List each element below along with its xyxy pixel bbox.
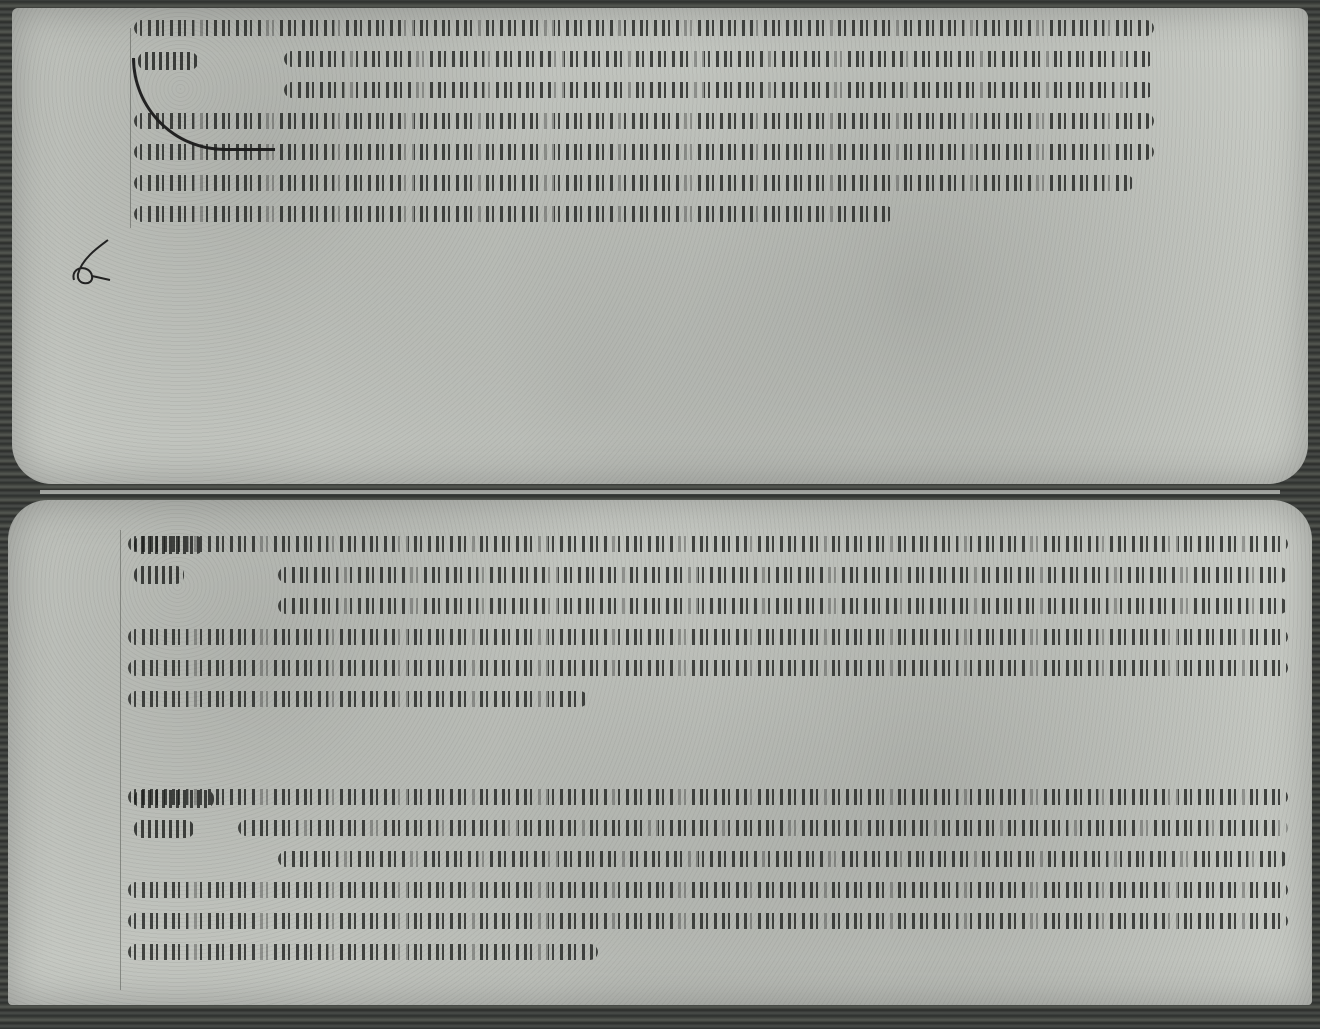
text-line: [Burmese handwritten line 1] <box>134 16 1154 40</box>
margin-rule <box>120 530 121 990</box>
top-leaf-text-block: [Burmese handwritten line 1] [Burmese ha… <box>134 16 1154 233</box>
text-line: [Burmese handwritten line 1] <box>128 785 1288 809</box>
marginal-word: [Burmese word] <box>134 790 214 808</box>
bottom-leaf-section-2: [Burmese handwritten line 1] [Burmese ha… <box>128 785 1288 971</box>
text-line: [Burmese handwritten line 4] <box>128 878 1288 902</box>
text-line: [Burmese handwritten line 5] <box>134 140 1154 164</box>
marginal-word: [Burmese word] <box>134 566 184 584</box>
text-line: [Burmese handwritten line 1] <box>128 532 1288 556</box>
marginal-word: [Burmese word] <box>134 536 204 554</box>
text-line: [Burmese handwritten line 2] <box>238 816 1288 840</box>
text-line: [Burmese handwritten line 6] <box>134 171 1134 195</box>
bottom-leaf-section-1: [Burmese handwritten line 1] [Burmese ha… <box>128 532 1288 718</box>
text-line: [Burmese handwritten line 3] <box>284 78 1154 102</box>
text-line: [Burmese handwritten line 4] <box>134 109 1154 133</box>
text-line: [Burmese handwritten line 6 (short)] <box>128 687 588 711</box>
manuscript-leaf-top: [Burmese word in left margin] [Burmese h… <box>12 8 1308 484</box>
text-line: [Burmese handwritten line 7 (short, ends… <box>134 202 894 226</box>
text-line: [Burmese handwritten line 5] <box>128 909 1288 933</box>
manuscript-leaf-bottom: [Burmese handwritten line 1] [Burmese ha… <box>8 500 1312 1005</box>
leaf-fold-crease <box>40 490 1280 494</box>
text-line: [Burmese handwritten line 6 (short)] <box>128 940 598 964</box>
text-line: [Burmese handwritten line 2] <box>284 47 1154 71</box>
text-line: [Burmese handwritten line 2] <box>278 563 1288 587</box>
text-line: [Burmese handwritten line 4] <box>128 625 1288 649</box>
marginal-loop-mark-icon <box>70 236 116 288</box>
text-line: [Burmese handwritten line 3] <box>278 847 1288 871</box>
margin-rule <box>130 28 131 228</box>
text-line: [Burmese handwritten line 3] <box>278 594 1288 618</box>
marginal-word: [Burmese word] <box>134 820 194 838</box>
text-line: [Burmese handwritten line 5] <box>128 656 1288 680</box>
